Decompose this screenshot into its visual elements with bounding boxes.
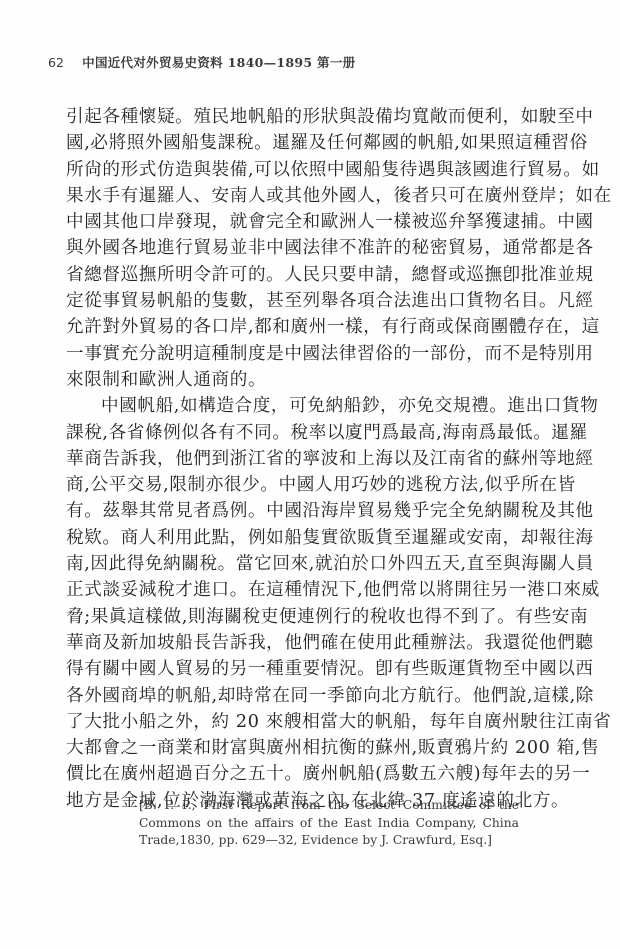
text-line: 允許對外貿易的各口岸,都和廣州一樣，有行商或保商團體存在，這 bbox=[66, 314, 572, 340]
book-title: 中国近代对外贸易史资料 1840—1895 第一册 bbox=[82, 55, 355, 70]
text-line: 中國其他口岸發現，就會完全和歐洲人一樣被巡弁拏獲逮捕。中國 bbox=[66, 209, 572, 235]
paragraph-end-line: 來限制和歐洲人通商的。 bbox=[66, 367, 572, 393]
citation-line: Trade,1830, pp. 629—32, Evidence by J. C… bbox=[139, 832, 519, 850]
text-line: 與外國各地進行貿易並非中國法律不准許的秘密貿易，通常都是各 bbox=[66, 235, 572, 261]
text-line: 華商及新加坡船長告訴我，他們確在使用此種辦法。我還從他們聽 bbox=[66, 630, 572, 656]
text-line: 了大批小船之外，約 20 來艘相當大的帆船，每年自廣州駛往江南省 bbox=[66, 709, 572, 735]
text-line: 國,必將照外國船隻課稅。暹羅及任何鄰國的帆船,如果照這種習俗 bbox=[66, 130, 572, 156]
text-line: 商,公平交易,限制亦很少。中國人用巧妙的逃稅方法,似乎所在皆 bbox=[66, 472, 572, 498]
body-text: 引起各種懷疑。殖民地帆船的形狀與設備均寬敞而便利，如駛至中 國,必將照外國船隻課… bbox=[66, 104, 572, 814]
page-number: 62 bbox=[48, 54, 78, 72]
text-line: 課稅,各省條例似各有不同。稅率以廈門爲最高,海南爲最低。暹羅 bbox=[66, 420, 572, 446]
citation-line: Commons on the affairs of the East India… bbox=[139, 815, 519, 833]
running-header: 62 中国近代对外贸易史资料 1840—1895 第一册 bbox=[48, 54, 355, 72]
text-line: 所尙的形式仿造與裝備,可以依照中國船隻待遇與該國進行貿易。如 bbox=[66, 157, 572, 183]
text-line: 脅;果眞這樣做,則海關稅吏便連例行的稅收也得不到了。有些安南 bbox=[66, 604, 572, 630]
text-line: 價比在廣州超過百分之五十。廣州帆船(爲數五六艘)每年去的另一 bbox=[66, 761, 572, 787]
text-line: 南,因此得免納關稅。當它回來,就泊於口外四五天,直至與海關人員 bbox=[66, 551, 572, 577]
paragraph-start-line: 中國帆船,如構造合度，可免納船鈔，亦免交規禮。進出口貨物 bbox=[66, 393, 572, 419]
text-line: 有。茲舉其常見者爲例。中國沿海岸貿易幾乎完全免納關稅及其他 bbox=[66, 498, 572, 524]
citation-line: [B. P. P., First Report from the Select … bbox=[139, 797, 519, 815]
text-line: 正式談妥減稅才進口。在這種情況下,他們常以將開往另一港口來威 bbox=[66, 577, 572, 603]
text-line: 得有關中國人貿易的另一種重要情況。卽有些販運貨物至中國以西 bbox=[66, 656, 572, 682]
text-line: 省總督巡撫所明令許可的。人民只要申請，總督或巡撫卽批准並規 bbox=[66, 262, 572, 288]
text-line: 大都會之一商業和財富與廣州相抗衡的蘇州,販賣鴉片約 200 箱,售 bbox=[66, 735, 572, 761]
text-line: 華商告訴我，他們到浙江省的寧波和上海以及江南省的蘇州等地經 bbox=[66, 446, 572, 472]
text-line: 稅欵。商人利用此點，例如船隻實欲販貨至暹羅或安南，却報往海 bbox=[66, 525, 572, 551]
book-page: 62 中国近代对外贸易史资料 1840—1895 第一册 引起各種懷疑。殖民地帆… bbox=[0, 0, 620, 949]
source-citation: [B. P. P., First Report from the Select … bbox=[139, 797, 519, 850]
text-line: 各外國商埠的帆船,却時常在同一季節向北方航行。他們說,這樣,除 bbox=[66, 683, 572, 709]
text-line: 果水手有暹羅人、安南人或其他外國人，後者只可在廣州登岸；如在 bbox=[66, 183, 572, 209]
text-line: 定從事貿易帆船的隻數，甚至列舉各項合法進出口貨物名目。凡經 bbox=[66, 288, 572, 314]
text-line: 一事實充分說明這種制度是中國法律習俗的一部份，而不是特別用 bbox=[66, 341, 572, 367]
text-line: 引起各種懷疑。殖民地帆船的形狀與設備均寬敞而便利，如駛至中 bbox=[66, 104, 572, 130]
